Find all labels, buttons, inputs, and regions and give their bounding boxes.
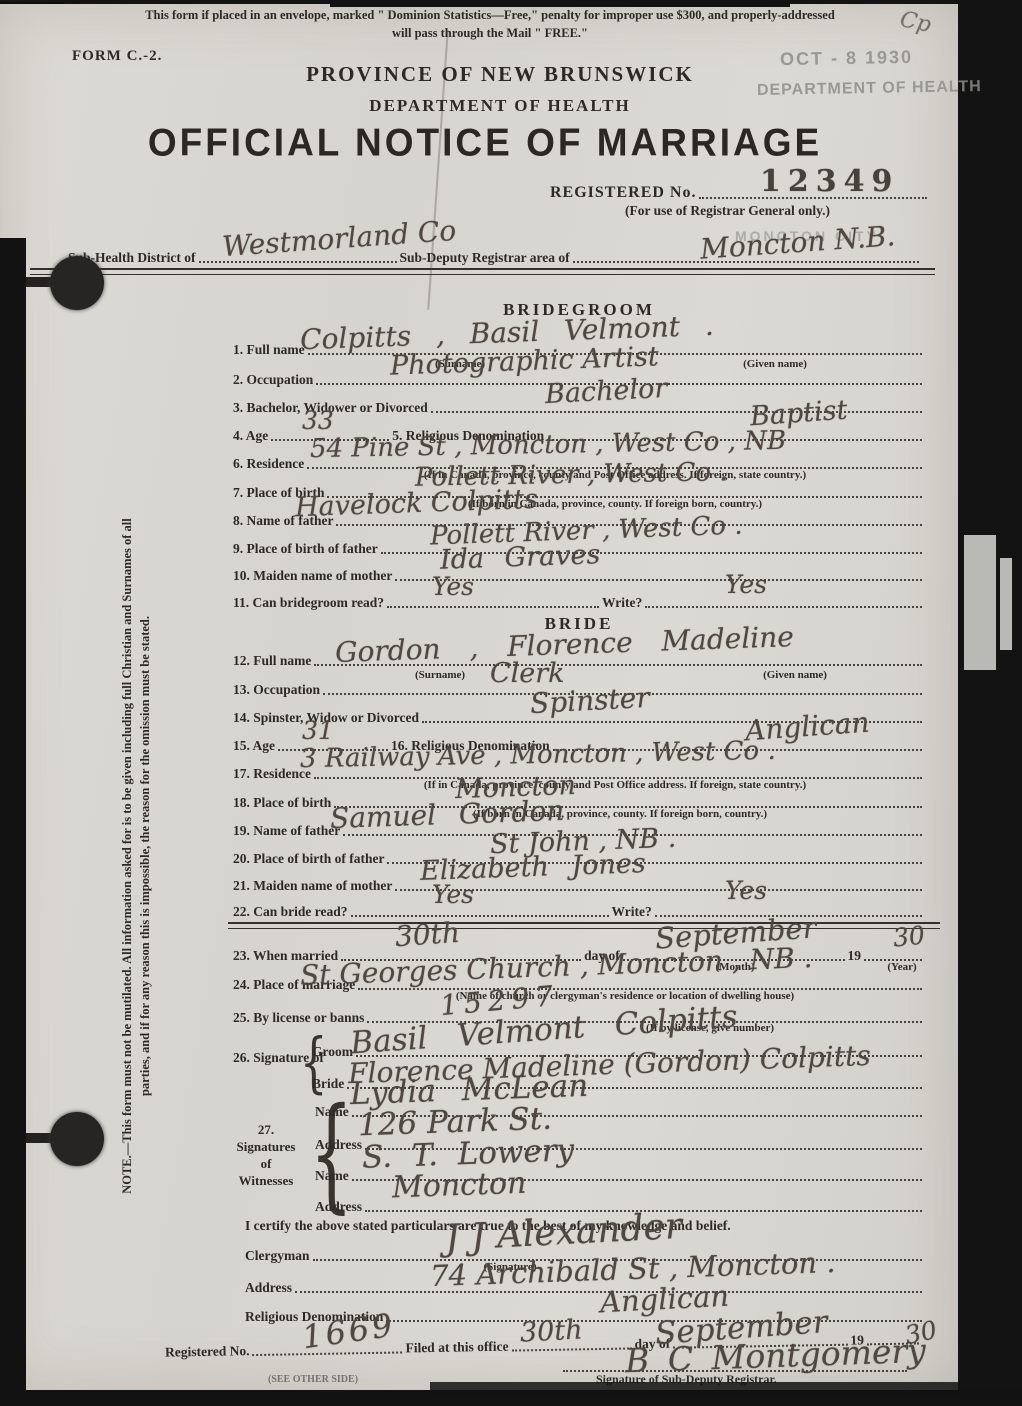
field-17-sublabel: (If in Canada, province, county and Post…: [330, 779, 900, 791]
field-18-label: 18. Place of birth: [233, 795, 331, 811]
field-15-value: 31: [302, 716, 334, 745]
field-24-sublabel: (Name of church or clergyman's residence…: [345, 990, 905, 1002]
witness2-address: Moncton: [391, 1166, 526, 1206]
field-22-read-value: Yes: [432, 880, 474, 909]
field-22-label: 22. Can bride read?: [233, 904, 348, 920]
field-4-label: 4. Age: [233, 428, 268, 444]
scan-edge-top: [330, 0, 790, 7]
dotted-line: [351, 913, 609, 917]
field-15-label: 15. Age: [233, 738, 275, 754]
scan-streak: [964, 535, 996, 670]
field-23-day-value: 30th: [394, 916, 461, 953]
field-27-label: 27. Signatures of Witnesses: [230, 1122, 302, 1190]
field-11-write-value: Yes: [725, 570, 767, 599]
field-4-value: 33: [302, 406, 334, 435]
scan-streak: [1000, 558, 1012, 650]
dotted-line: [431, 409, 922, 413]
field-22-write-value: Yes: [725, 876, 767, 905]
dotted-line: [395, 577, 922, 581]
envelope-note-line1: This form if placed in an envelope, mark…: [70, 8, 910, 23]
field-10-label: 10. Maiden name of mother: [233, 568, 392, 584]
see-other-side-note: (SEE OTHER SIDE): [268, 1374, 358, 1385]
field-12-sub-given: (Given name): [720, 669, 870, 681]
field-27-label-line2: of: [230, 1156, 302, 1173]
punch-hole: [50, 256, 104, 310]
field-1-label: 1. Full name: [233, 342, 305, 358]
scanned-marriage-form: This form if placed in an envelope, mark…: [0, 0, 1022, 1406]
document-title: OFFICIAL NOTICE OF MARRIAGE: [80, 121, 890, 165]
dotted-line: [387, 604, 599, 608]
field-21-label: 21. Maiden name of mother: [233, 878, 392, 894]
witness2-name-label: Name: [315, 1168, 349, 1184]
field-25-label: 25. By license or banns: [233, 1010, 364, 1026]
department-title: DEPARTMENT OF HEALTH: [160, 96, 840, 116]
field-22-write-label: Write?: [612, 904, 652, 920]
field-3-value: Bachelor: [544, 373, 668, 410]
field-1-sub-given: (Given name): [700, 358, 850, 370]
field-11-label: 11. Can bridegroom read?: [233, 595, 384, 611]
witness1-name-label: Name: [315, 1104, 349, 1120]
field-12-sub-surname: (Surname): [380, 669, 500, 681]
section-rule: [228, 922, 940, 929]
side-note-line1: NOTE.—This form must not be mutilated. A…: [119, 476, 137, 1236]
field-10-value: Ida Graves: [440, 539, 601, 576]
field-13-value: Clerk: [490, 658, 565, 689]
side-note: NOTE.—This form must not be mutilated. A…: [119, 476, 155, 1236]
section-rule: [30, 268, 935, 275]
registrar-general-note: (For use of Registrar General only.): [625, 203, 830, 219]
registered-no-label: REGISTERED No.: [550, 184, 696, 202]
form-number: FORM C.-2.: [72, 48, 162, 65]
field-14-value: Spinster: [529, 681, 650, 720]
field-27-label-line3: Witnesses: [230, 1173, 302, 1190]
field-23-year-value: 30: [892, 920, 927, 952]
province-title: PROVINCE OF NEW BRUNSWICK: [160, 62, 840, 87]
field-13-label: 13. Occupation: [233, 682, 320, 698]
scan-edge-left: [0, 238, 26, 1406]
footer-filed-label: Filed at this office: [405, 1339, 508, 1357]
side-note-line2: parties, and if for any reason this is i…: [137, 476, 155, 1236]
field-12-label: 12. Full name: [233, 653, 311, 669]
punch-hole: [50, 1112, 104, 1166]
field-6-label: 6. Residence: [233, 456, 304, 472]
field-11-write-label: Write?: [602, 595, 642, 611]
clergyman-address-label: Address: [245, 1280, 292, 1296]
field-27-label-line1: 27. Signatures: [230, 1122, 302, 1156]
envelope-note-line2: will pass through the Mail " FREE.": [70, 26, 910, 41]
field-23-year-prefix: 19: [848, 948, 862, 964]
dotted-line: [645, 604, 922, 608]
witness1-address-label: Address: [315, 1137, 362, 1153]
sub-deputy-registrar-label: Sub-Deputy Registrar area of: [400, 250, 570, 266]
field-9-label: 9. Place of birth of father: [233, 541, 378, 557]
field-2-label: 2. Occupation: [233, 372, 313, 388]
field-11-read-value: Yes: [432, 572, 474, 601]
field-19-label: 19. Name of father: [233, 823, 340, 839]
registered-no-value: 12349: [760, 164, 899, 199]
footer-filed-day: 30th: [519, 1314, 583, 1348]
scan-edge-bottom-jag: [430, 1382, 960, 1394]
dotted-line: [395, 887, 922, 891]
witness2-address-label: Address: [315, 1199, 362, 1215]
field-23-year-sublabel: (Year): [872, 961, 932, 973]
footer-registered-label: Registered No.: [165, 1343, 250, 1360]
clergyman-label: Clergyman: [245, 1248, 310, 1264]
field-20-label: 20. Place of birth of father: [233, 851, 384, 867]
